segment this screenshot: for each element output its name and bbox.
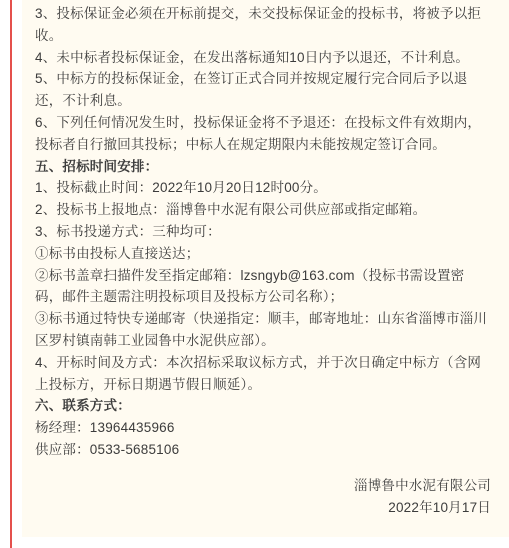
section-heading-contact: 六、联系方式： — [35, 395, 491, 417]
signature-date: 2022年10月17日 — [35, 497, 491, 519]
paragraph-deposit-rule-5: 5、中标方的投标保证金，在签订正式合同并按规定履行完合同后予以退还，不计利息。 — [35, 68, 491, 112]
signature-block: 淄博鲁中水泥有限公司 2022年10月17日 — [35, 475, 491, 519]
paragraph-bid-opening: 4、开标时间及方式：本次招标采取议标方式，并于次日确定中标方（含网上投标方，开标… — [35, 352, 491, 396]
paragraph-contact-manager: 杨经理：13964435966 — [35, 417, 491, 439]
paragraph-deadline: 1、投标截止时间：2022年10月20日12时00分。 — [35, 177, 491, 199]
paragraph-deposit-rule-6: 6、下列任何情况发生时，投标保证金将不予退还：在投标文件有效期内，投标者自行撤回… — [35, 112, 491, 156]
paragraph-submit-location: 2、投标书上报地点：淄博鲁中水泥有限公司供应部或指定邮箱。 — [35, 199, 491, 221]
left-accent-line — [10, 0, 12, 548]
document-body: 3、投标保证金必须在开标前提交，未交投标保证金的投标书，将被予以拒收。 4、未中… — [22, 0, 509, 537]
paragraph-delivery-methods: 3、标书投递方式：三种均可： — [35, 221, 491, 243]
paragraph-delivery-email: ②标书盖章扫描件发至指定邮箱：lzsngyb@163.com（投标书需设置密码，… — [35, 265, 491, 309]
section-heading-schedule: 五、招标时间安排： — [35, 156, 491, 178]
paragraph-delivery-express: ③标书通过特快专递邮寄（快递指定：顺丰，邮寄地址：山东省淄博市淄川区罗村镇南韩工… — [35, 308, 491, 352]
paragraph-delivery-direct: ①标书由投标人直接送达； — [35, 243, 491, 265]
signature-company: 淄博鲁中水泥有限公司 — [35, 475, 491, 497]
paragraph-deposit-rule-4: 4、未中标者投标保证金，在发出落标通知10日内予以退还，不计利息。 — [35, 47, 491, 69]
paragraph-deposit-rule-3: 3、投标保证金必须在开标前提交，未交投标保证金的投标书，将被予以拒收。 — [35, 3, 491, 47]
paragraph-contact-dept: 供应部：0533-5685106 — [35, 439, 491, 461]
